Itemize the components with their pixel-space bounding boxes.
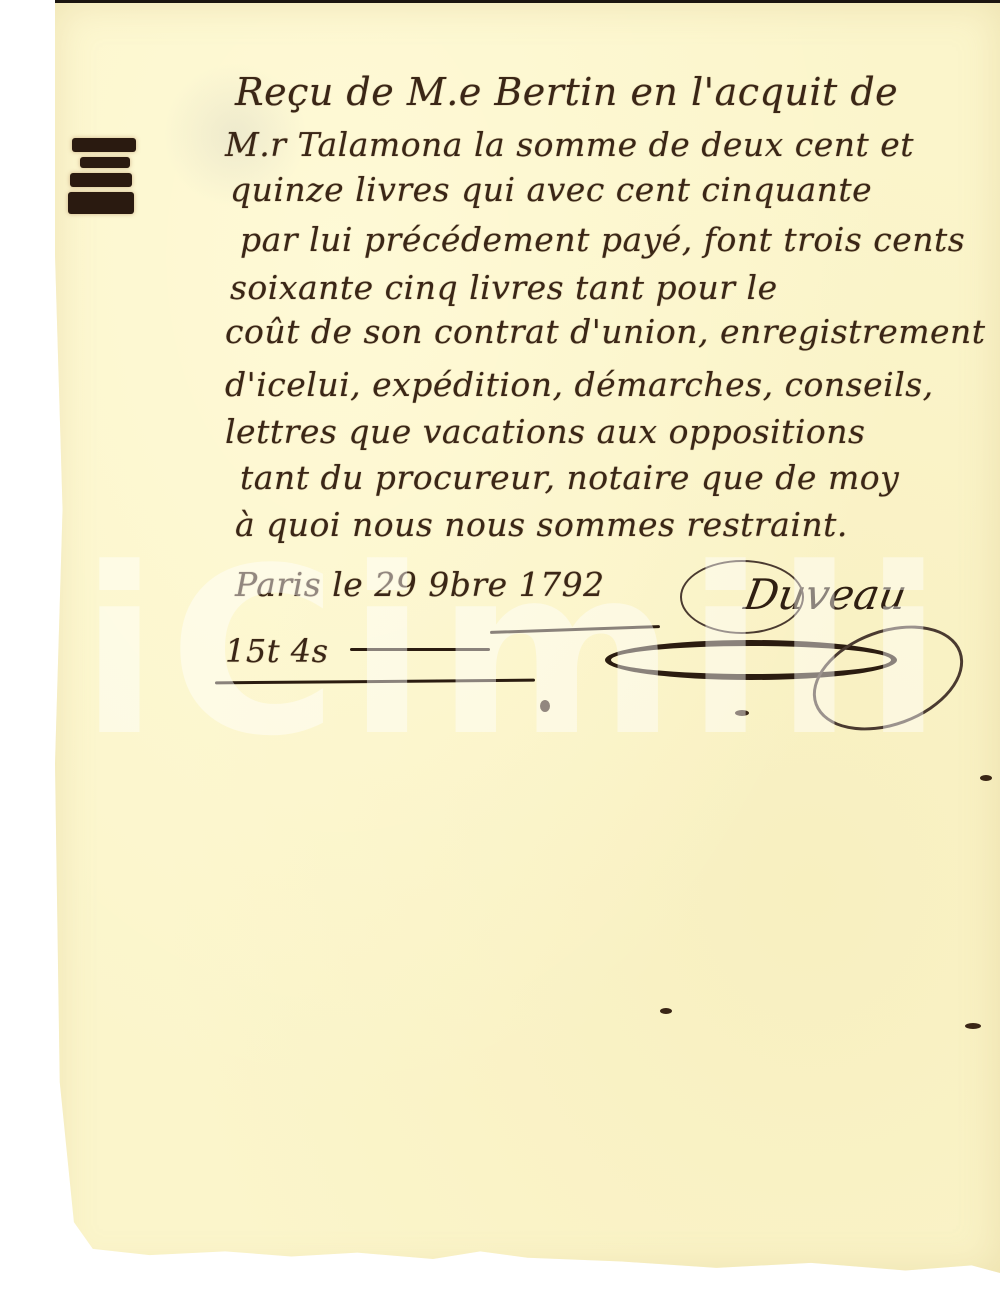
text-line-7: d'icelui, expédition, démarches, conseil… — [225, 365, 934, 404]
text-line-4: par lui précédement payé, font trois cen… — [240, 220, 965, 259]
date-line: Paris le 29 9bre 1792 — [235, 565, 605, 604]
text-line-2: M.r Talamona la somme de deux cent et — [225, 125, 914, 164]
underline-stroke — [350, 648, 490, 651]
text-line-1: Reçu de M.e Bertin en l'acquit de — [235, 70, 898, 114]
ink-bar — [70, 173, 132, 187]
ink-bar — [72, 138, 136, 152]
text-line-5: soixante cinq livres tant pour le — [230, 268, 778, 307]
ink-blot — [965, 1023, 981, 1029]
signature-flourish-oval — [680, 560, 804, 634]
ink-blot — [540, 700, 550, 712]
ink-blot — [980, 775, 992, 781]
text-line-9: tant du procureur, notaire que de moy — [240, 458, 899, 497]
ink-bar — [68, 192, 134, 214]
margin-total: 15t 4s — [225, 632, 329, 670]
document-scan: Reçu de M.e Bertin en l'acquit de M.r Ta… — [0, 0, 1000, 1303]
text-line-10: à quoi nous nous sommes restraint. — [235, 505, 848, 544]
ink-blot — [660, 1008, 672, 1014]
text-line-8: lettres que vacations aux oppositions — [225, 412, 865, 451]
text-line-3: quinze livres qui avec cent cinquante — [230, 170, 872, 209]
ink-blot — [735, 710, 749, 716]
ink-bar — [80, 157, 130, 168]
margin-ink-mark — [68, 138, 140, 219]
text-line-6: coût de son contrat d'union, enregistrem… — [225, 312, 986, 351]
